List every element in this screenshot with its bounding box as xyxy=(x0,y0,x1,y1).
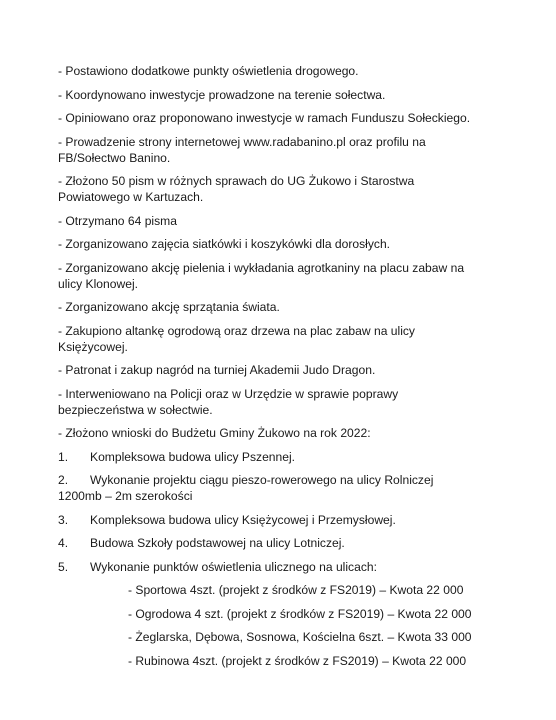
item-number: 1. xyxy=(58,449,90,465)
numbered-item: 3. Kompleksowa budowa ulicy Księżycowej … xyxy=(58,512,478,528)
bullet-item: - Postawiono dodatkowe punkty oświetleni… xyxy=(58,63,478,79)
bullet-item: - Opiniowano oraz proponowano inwestycje… xyxy=(58,110,478,126)
bullet-item: - Otrzymano 64 pisma xyxy=(58,213,478,229)
bullet-item: - Koordynowano inwestycje prowadzone na … xyxy=(58,87,478,103)
sub-item: - Rubinowa 4szt. (projekt z środków z FS… xyxy=(128,653,478,669)
bullet-item: - Zorganizowano zajęcia siatkówki i kosz… xyxy=(58,236,478,252)
numbered-item: 4. Budowa Szkoły podstawowej na ulicy Lo… xyxy=(58,535,478,551)
item-number: 3. xyxy=(58,512,90,528)
bullet-item: - Patronat i zakup nagród na turniej Aka… xyxy=(58,362,478,378)
numbered-item: 1. Kompleksowa budowa ulicy Pszennej. xyxy=(58,449,478,465)
bullet-item: - Prowadzenie strony internetowej www.ra… xyxy=(58,134,478,166)
item-number: 4. xyxy=(58,535,90,551)
numbered-item: 5. Wykonanie punktów oświetlenia uliczne… xyxy=(58,559,478,575)
item-number: 2. xyxy=(58,472,90,488)
bullet-item: - Zorganizowano akcję pielenia i wykłada… xyxy=(58,260,478,292)
bullet-item: - Zakupiono altankę ogrodową oraz drzewa… xyxy=(58,323,478,355)
item-text: Kompleksowa budowa ulicy Księżycowej i P… xyxy=(90,512,396,528)
sub-item: - Ogrodowa 4 szt. (projekt z środków z F… xyxy=(128,606,478,622)
bullet-item: - Złożono 50 pism w różnych sprawach do … xyxy=(58,173,478,205)
bullet-item: - Interweniowano na Policji oraz w Urzęd… xyxy=(58,386,478,418)
sub-item: - Żeglarska, Dębowa, Sosnowa, Kościelna … xyxy=(128,629,478,645)
item-text: Budowa Szkoły podstawowej na ulicy Lotni… xyxy=(90,535,345,551)
bullet-item: - Zorganizowano akcję sprzątania świata. xyxy=(58,299,478,315)
item-text: Wykonanie punktów oświetlenia ulicznego … xyxy=(90,559,377,575)
document-page: - Postawiono dodatkowe punkty oświetleni… xyxy=(58,63,478,676)
item-number: 5. xyxy=(58,559,90,575)
sub-item: - Sportowa 4szt. (projekt z środków z FS… xyxy=(128,582,478,598)
item-text: Kompleksowa budowa ulicy Pszennej. xyxy=(90,449,295,465)
item-text: Wykonanie projektu ciągu pieszo-rowerowe… xyxy=(58,473,433,503)
bullet-item: - Złożono wnioski do Budżetu Gminy Żukow… xyxy=(58,425,478,441)
numbered-item: 2.Wykonanie projektu ciągu pieszo-rowero… xyxy=(58,472,478,504)
